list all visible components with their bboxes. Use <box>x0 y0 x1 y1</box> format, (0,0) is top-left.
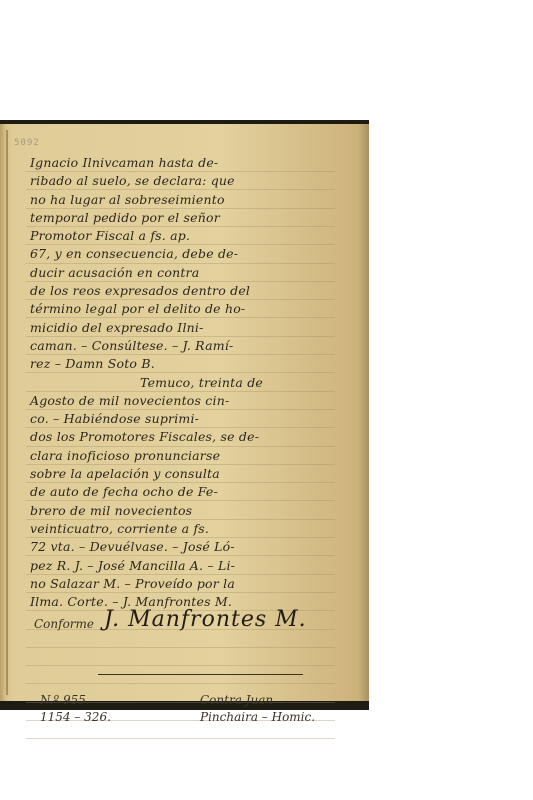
conforme-label: Conforme <box>34 617 94 631</box>
manuscript-line: clara inoficioso pronunciarse <box>30 447 330 465</box>
signature-underline <box>98 674 303 675</box>
manuscript-line: brero de mil novecientos <box>30 502 330 520</box>
case-number: N.º 955. 1154 – 326. <box>40 692 111 726</box>
manuscript-line: Temuco, treinta de <box>30 374 330 392</box>
manuscript-line: no ha lugar al sobreseimiento <box>30 191 330 209</box>
manuscript-line: ribado al suelo, se declara: que <box>30 172 330 190</box>
manuscript-line: ducir acusación en contra <box>30 264 330 282</box>
manuscript-line: temporal pedido por el señor <box>30 209 330 227</box>
manuscript-line: veinticuatro, corriente a fs. <box>30 520 330 538</box>
folio-stamp: 5092 <box>14 138 40 148</box>
document-photo: 5092 Ignacio Ilnivcaman hasta de-ribado … <box>0 120 369 710</box>
manuscript-page: 5092 Ignacio Ilnivcaman hasta de-ribado … <box>0 124 369 701</box>
manuscript-line: rez – Damn Soto B. <box>30 355 330 373</box>
case-title: Contra Juan Pinchaira – Homic. <box>200 692 315 726</box>
case-title-line: Contra Juan <box>200 692 315 709</box>
manuscript-line: 67, y en consecuencia, debe de- <box>30 245 330 263</box>
manuscript-line: dos los Promotores Fiscales, se de- <box>30 428 330 446</box>
page-fold-edge <box>6 130 8 695</box>
case-number-line: N.º 955. <box>40 692 111 709</box>
manuscript-line: co. – Habiéndose suprimi- <box>30 410 330 428</box>
manuscript-line: caman. – Consúltese. – J. Ramí- <box>30 337 330 355</box>
manuscript-line: micidio del expresado Ilni- <box>30 319 330 337</box>
manuscript-line: Ignacio Ilnivcaman hasta de- <box>30 154 330 172</box>
manuscript-line: de auto de fecha ocho de Fe- <box>30 483 330 501</box>
manuscript-line: Promotor Fiscal a fs. ap. <box>30 227 330 245</box>
manuscript-line: término legal por el delito de ho- <box>30 300 330 318</box>
signature-block: Conforme J. Manfrontes M. <box>34 607 334 643</box>
ruling-line <box>26 683 335 684</box>
case-title-line: Pinchaira – Homic. <box>200 709 315 726</box>
case-number-line: 1154 – 326. <box>40 709 111 726</box>
ruling-line <box>26 647 335 648</box>
manuscript-line: Agosto de mil novecientos cin- <box>30 392 330 410</box>
signature: J. Manfrontes M. <box>104 607 307 632</box>
manuscript-line: sobre la apelación y consulta <box>30 465 330 483</box>
manuscript-line: de los reos expresados dentro del <box>30 282 330 300</box>
manuscript-line: pez R. J. – José Mancilla A. – Li- <box>30 557 330 575</box>
manuscript-line: 72 vta. – Devuélvase. – José Ló- <box>30 538 330 556</box>
ruling-line <box>26 738 335 739</box>
ruling-line <box>26 665 335 666</box>
manuscript-line: no Salazar M. – Proveído por la <box>30 575 330 593</box>
handwritten-text-block: Ignacio Ilnivcaman hasta de-ribado al su… <box>30 154 330 611</box>
